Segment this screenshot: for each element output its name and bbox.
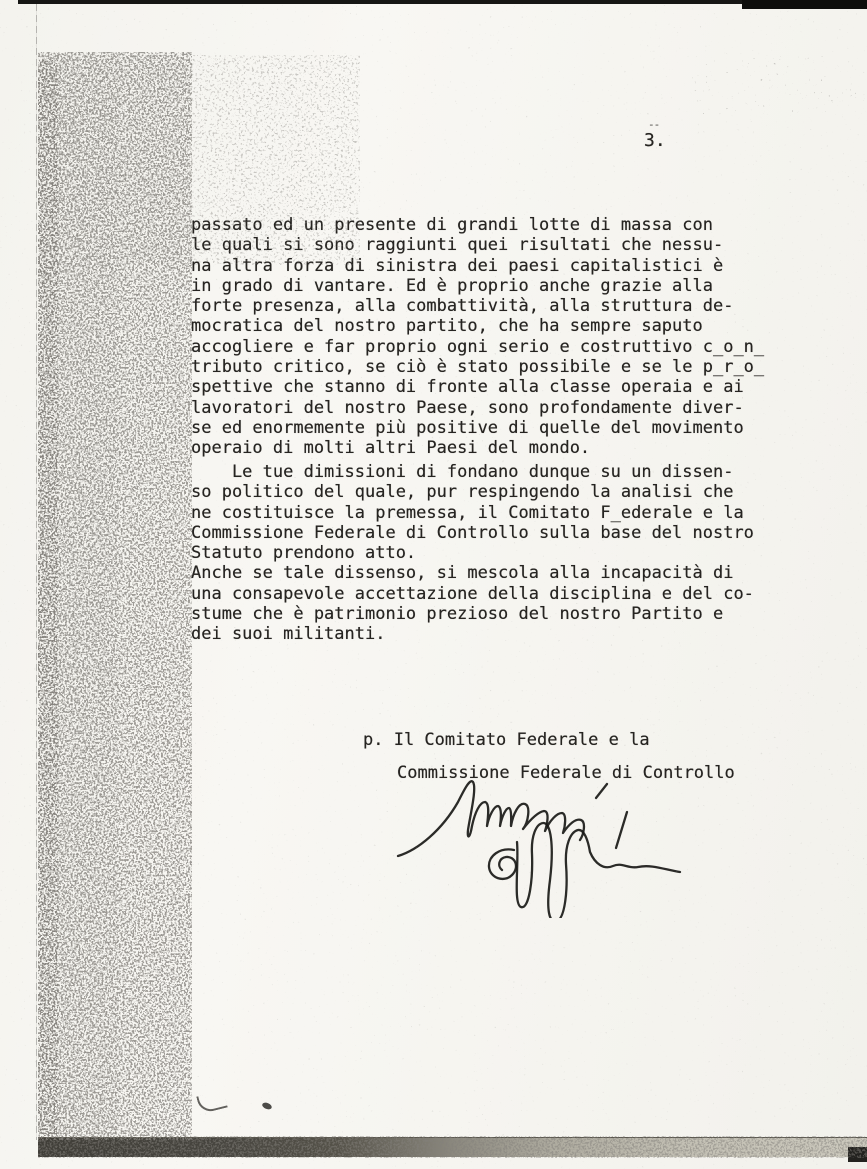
scan-bottom-edge-bar [38,1137,867,1157]
stray-ink-blob [261,1101,273,1110]
closing-line-1: p. Il Comitato Federale e la [363,730,650,750]
paragraph-2: Le tue dimissioni di fondano dunque su u… [191,462,754,645]
scanned-document-page: 3. -- passato ed un presente di grandi l… [0,0,867,1169]
handwritten-signature [390,768,690,918]
paragraph-1: passato ed un presente di grandi lotte d… [191,215,764,459]
scan-left-fold-line [36,4,37,1140]
page-number: 3. [644,131,666,151]
scan-top-edge-bar [18,0,867,4]
stray-pen-mark [196,1090,228,1114]
scan-bottom-edge-endcap [848,1147,867,1162]
stray-scan-marks: -- [648,118,659,131]
scan-top-edge-bar-right [742,0,867,9]
